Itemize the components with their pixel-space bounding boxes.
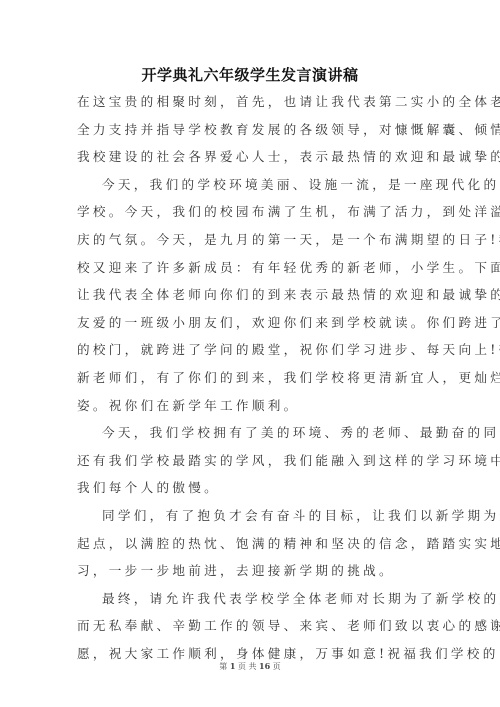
page-footer: 第 1 页 共 16 页 — [0, 661, 500, 672]
document-body: 在这宝贵的相聚时刻，首先，也请让我代表第二实小的全体老师对 全力支持并指导学校教… — [77, 88, 427, 667]
text-line: 友爱的一班级小朋友们，欢迎你们来到学校就读。你们跨进了学校 — [77, 309, 427, 337]
text-line: 让我代表全体老师向你们的到来表示最热情的欢迎和最诚挚的庆贺! — [77, 281, 427, 309]
text-line: 学校。今天，我们的校园布满了生机，布满了活力，到处洋溢着喜 — [77, 198, 427, 226]
text-line: 全力支持并指导学校教育发展的各级领导，对慷慨解囊、倾情投入 — [77, 116, 427, 144]
footer-prefix: 第 — [219, 662, 227, 671]
paragraph-start-line: 同学们，有了抱负才会有奋斗的目标，让我们以新学期为新的 — [77, 502, 427, 530]
text-line: 而无私奉献、辛勤工作的领导、来宾、老师们致以衷心的感谢和祝 — [77, 612, 427, 640]
paragraph-start-line: 最终，请允许我代表学校学全体老师对长期为了新学校的建设 — [77, 585, 427, 613]
document-title: 开学典礼六年级学生发言演讲稿 — [0, 64, 500, 85]
text-line: 习，一步一步地前进，去迎接新学期的挑战。 — [77, 557, 427, 585]
text-line: 校又迎来了许多新成员：有年轻优秀的新老师，小学生。下面，请 — [77, 254, 427, 282]
document-page: 开学典礼六年级学生发言演讲稿 在这宝贵的相聚时刻，首先，也请让我代表第二实小的全… — [0, 0, 500, 707]
text-line: 在这宝贵的相聚时刻，首先，也请让我代表第二实小的全体老师对 — [77, 88, 427, 116]
footer-suffix: 页 — [273, 662, 281, 671]
text-line: 我校建设的社会各界爱心人士，表示最热情的欢迎和最诚挚的敬意! — [77, 143, 427, 171]
text-line: 还有我们学校最踏实的学风，我们能融入到这样的学习环境中，是 — [77, 447, 427, 475]
current-page-number: 1 — [230, 661, 236, 671]
text-line: 新老师们，有了你们的到来，我们学校将更清新宜人，更灿烂多 — [77, 364, 427, 392]
text-line: 庆的气氛。今天，是九月的第一天，是一个布满期望的日子!我们学 — [77, 226, 427, 254]
total-page-count: 16 — [259, 661, 270, 671]
text-line: 的校门，就跨进了学问的殿堂，祝你们学习进步、每天向上!敬爱的 — [77, 336, 427, 364]
paragraph-start-line: 今天，我们学校拥有了美的环境、秀的老师、最勤奋的同学， — [77, 419, 427, 447]
footer-middle: 页 共 — [238, 662, 257, 671]
text-line: 我们每个人的傲慢。 — [77, 474, 427, 502]
paragraph-start-line: 今天，我们的学校环境美丽、设施一流，是一座现代化的人文 — [77, 171, 427, 199]
text-line: 姿。祝你们在新学年工作顺利。 — [77, 392, 427, 420]
text-line: 起点，以满腔的热忱、饱满的精神和坚决的信念，踏踏实实地学 — [77, 530, 427, 558]
